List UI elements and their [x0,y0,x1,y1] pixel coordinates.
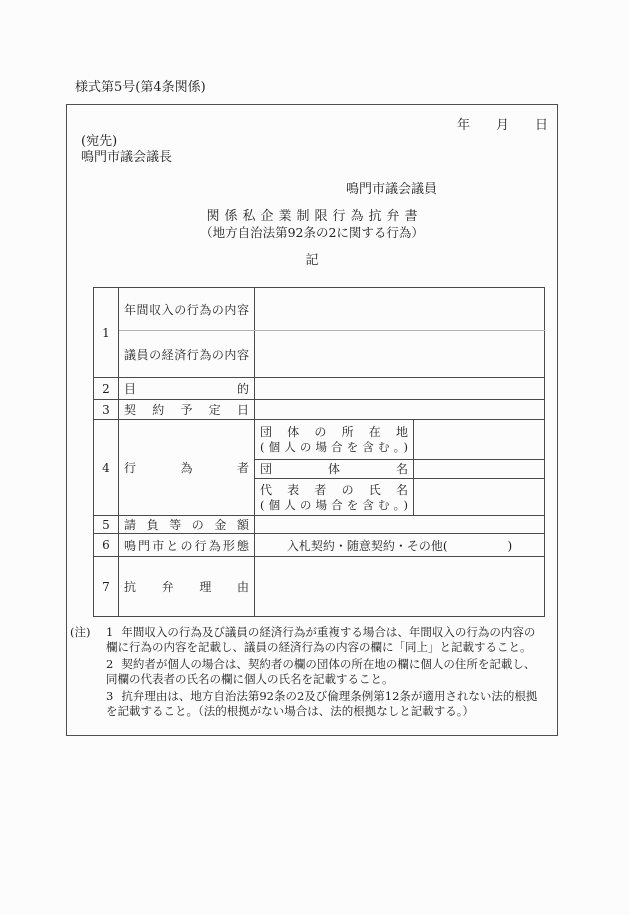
date-line: 年 月 日 [67,117,557,134]
table-row: 3 契約予定日 [94,400,545,420]
row1-label-annual-income: 年間収入の行為の内容 [119,288,255,331]
document-page: 様式第5号(第4条関係) 年 月 日 (宛先) 鳴門市議会議長 鳴門市議会議員 … [0,0,630,915]
row4-sublabel-org-address: 団体の所在地 (個人の場合を含む。) [255,420,414,460]
row7-value-defense-reason [255,557,545,617]
note-text: 年間収入の行為及び議員の経済行為が重複する場合は、年間収入の行為の内容の欄に行為… [106,625,535,654]
row4-sublabel-representative-name: 代表者の氏名 (個人の場合を含む。) [255,479,414,516]
form-table: 1 年間収入の行為の内容 議員の経済行為の内容 2 目的 3 契約予定日 4 行… [93,287,545,617]
note-number: 2 [106,657,113,671]
note-number: 1 [106,625,113,639]
row6-value-act-form: 入札契約・随意契約・その他( ) [255,534,545,557]
note-item: 1年間収入の行為及び議員の経済行為が重複する場合は、年間収入の行為の内容の欄に行… [106,625,545,655]
note-item: 2契約者が個人の場合は、契約者の欄の団体の所在地の欄に個人の住所を記載し、同欄の… [106,657,545,687]
row2-value-purpose [255,378,545,400]
row4-value-org-name [414,460,545,479]
row5-value-contract-amount [255,516,545,534]
addressee-name: 鳴門市議会議長 [67,150,557,166]
row1-value-annual-income [255,288,545,331]
table-row: 6 鳴門市との行為形態 入札契約・随意契約・その他( ) [94,534,545,557]
document-subtitle: （地方自治法第92条の2に関する行為） [67,225,557,241]
table-row: 1 年間収入の行為の内容 [94,288,545,331]
row1-value-economic-act [255,331,545,378]
sub-label: 団体名 [260,461,408,477]
row4-sublabel-org-name: 団体名 [255,460,414,479]
note-item: 3抗弁理由は、地方自治法第92条の2及び倫理条例第12条が適用されない法的根拠を… [106,689,545,719]
row-number: 4 [94,420,119,516]
row-number: 1 [94,288,119,378]
row5-label-contract-amount: 請負等の金額 [119,516,255,534]
sub-label: 代表者の氏名 [260,482,408,498]
row-number: 3 [94,400,119,420]
row-number: 7 [94,557,119,617]
sub-label-note: (個人の場合を含む。) [260,440,408,455]
addressee-prefix: (宛先) [67,134,557,150]
notes-section: (注) 1年間収入の行為及び議員の経済行為が重複する場合は、年間収入の行為の内容… [67,625,557,719]
document-title: 関係私企業制限行為抗弁書 [67,208,557,225]
table-row: 7 抗弁理由 [94,557,545,617]
row1-label-economic-act: 議員の経済行為の内容 [119,331,255,378]
row3-label-contract-date: 契約予定日 [119,400,255,420]
sub-label: 団体の所在地 [260,424,408,440]
table-row: 5 請負等の金額 [94,516,545,534]
note-text: 契約者が個人の場合は、契約者の欄の団体の所在地の欄に個人の住所を記載し、同欄の代… [106,657,535,686]
row3-value-contract-date [255,400,545,420]
row4-value-representative-name [414,479,545,516]
submitter-title: 鳴門市議会議員 [67,182,557,198]
row-number: 2 [94,378,119,400]
note-text: 抗弁理由は、地方自治法第92条の2及び倫理条例第12条が適用されない法的根拠を記… [106,689,537,718]
row4-value-org-address [414,420,545,460]
note-number: 3 [106,689,113,703]
table-row: 議員の経済行為の内容 [94,331,545,378]
record-marker: 記 [67,253,557,269]
row7-label-defense-reason: 抗弁理由 [119,557,255,617]
table-row: 4 行為者 団体の所在地 (個人の場合を含む。) [94,420,545,460]
table-row: 2 目的 [94,378,545,400]
form-id-label: 様式第5号(第4条関係) [75,80,206,95]
row6-label-act-form: 鳴門市との行為形態 [119,534,255,557]
form-border-box: 年 月 日 (宛先) 鳴門市議会議長 鳴門市議会議員 関係私企業制限行為抗弁書 … [66,104,558,736]
row2-label-purpose: 目的 [119,378,255,400]
row-number: 5 [94,516,119,534]
row4-label-actor: 行為者 [119,420,255,516]
sub-label-note: (個人の場合を含む。) [260,498,408,513]
notes-list: 1年間収入の行為及び議員の経済行為が重複する場合は、年間収入の行為の内容の欄に行… [106,625,545,719]
notes-label: (注) [70,625,106,719]
row-number: 6 [94,534,119,557]
